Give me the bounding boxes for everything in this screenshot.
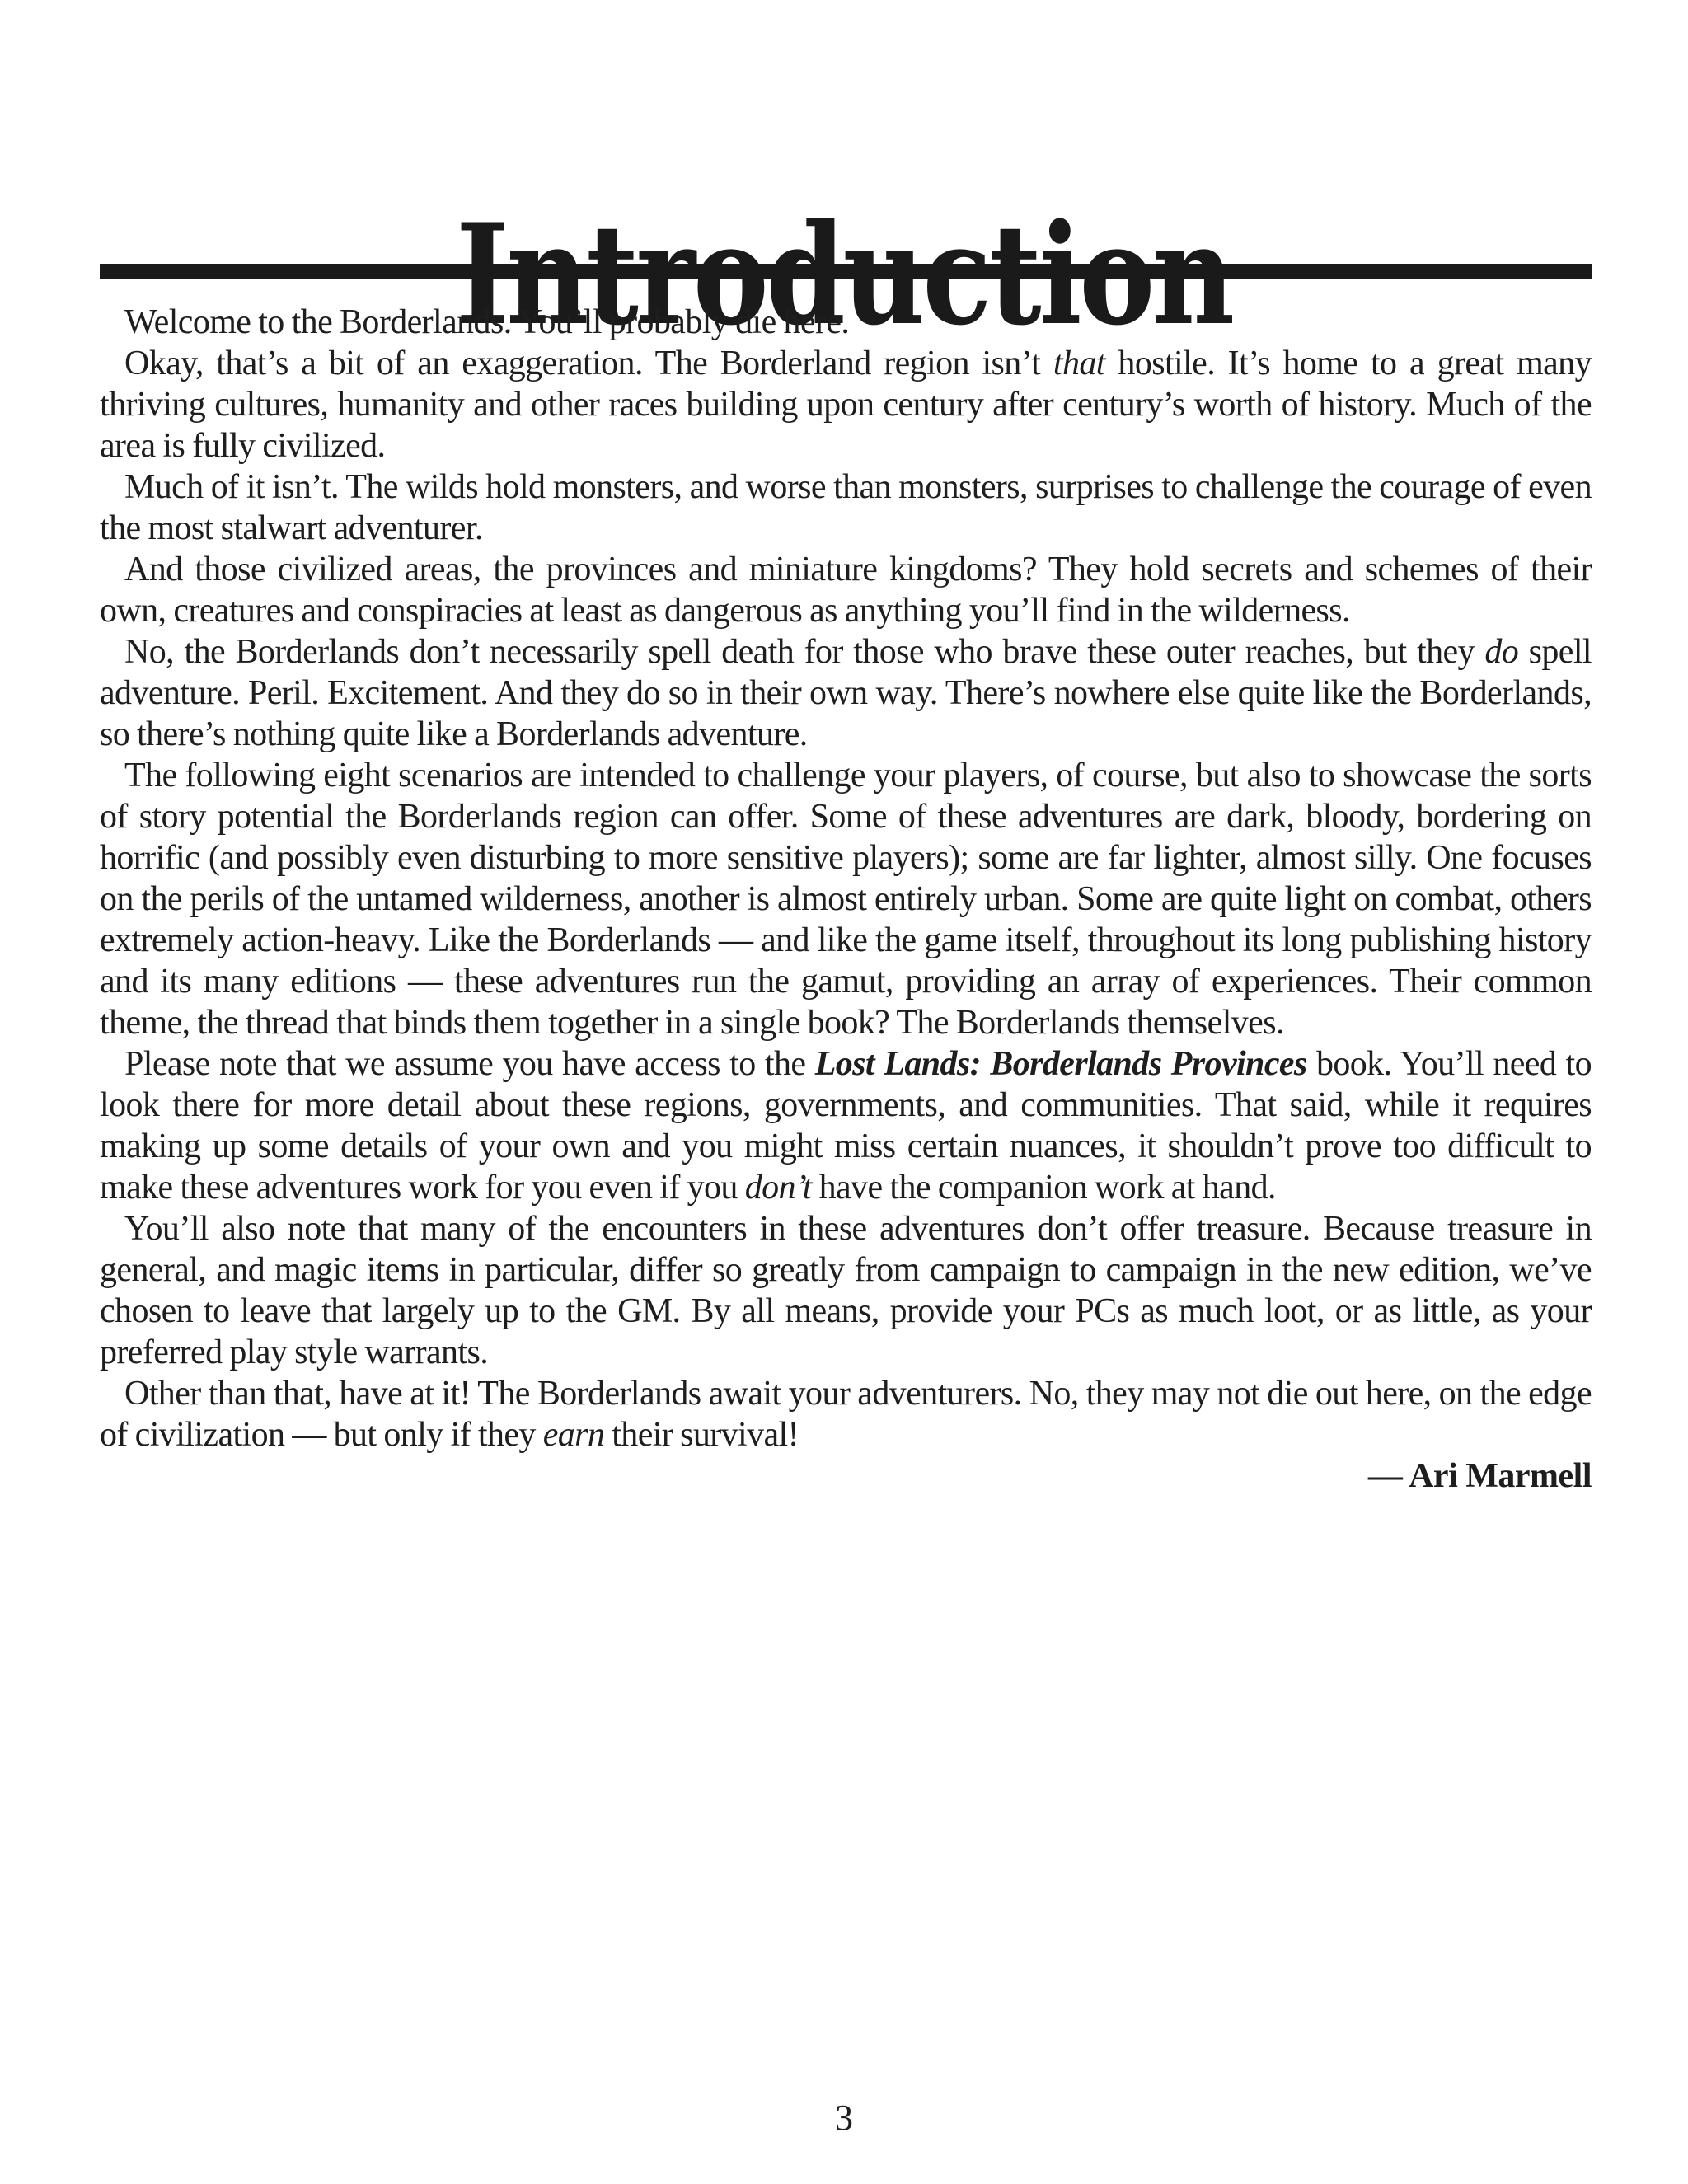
document-page: Introduction Welcome to the Borderlands.… <box>0 0 1688 2184</box>
paragraph-closing: Other than that, have at it! The Borderl… <box>100 1373 1592 1455</box>
book-title-reference: Lost Lands: Borderlands Provinces <box>815 1045 1307 1083</box>
paragraph-please-note: Please note that we assume you have acce… <box>100 1043 1592 1208</box>
paragraph-eight-scenarios: The following eight scenarios are intend… <box>100 755 1592 1043</box>
emphasis-text: earn <box>543 1416 605 1454</box>
title-divider-rule <box>100 264 1592 279</box>
paragraph-text: No, the Borderlands don’t necessarily sp… <box>124 633 1484 671</box>
paragraph-civilized-areas: And those civilized areas, the provinces… <box>100 549 1592 631</box>
emphasis-text: do <box>1484 633 1518 671</box>
paragraph-spell-adventure: No, the Borderlands don’t necessarily sp… <box>100 631 1592 755</box>
paragraph-text: Welcome to the Borderlands. You’ll proba… <box>124 303 849 341</box>
author-signature: — Ari Marmell <box>100 1455 1592 1497</box>
paragraph-text: have the companion work at hand. <box>812 1169 1276 1207</box>
paragraph-text: Much of it isn’t. The wilds hold monster… <box>100 468 1592 547</box>
emphasis-text: that <box>1053 344 1105 382</box>
page-number: 3 <box>0 2097 1688 2139</box>
paragraph-text: The following eight scenarios are intend… <box>100 757 1592 1042</box>
paragraph-treasure: You’ll also note that many of the encoun… <box>100 1208 1592 1373</box>
emphasis-text: don’t <box>745 1169 812 1207</box>
paragraph-text: Other than that, have at it! The Borderl… <box>100 1375 1592 1454</box>
paragraph-text: And those civilized areas, the provinces… <box>100 551 1592 630</box>
paragraph-text: You’ll also note that many of the encoun… <box>100 1210 1592 1371</box>
paragraph-text: Please note that we assume you have acce… <box>124 1045 815 1083</box>
paragraph-text: Okay, that’s a bit of an exaggeration. T… <box>124 344 1053 382</box>
paragraph-text: their survival! <box>604 1416 799 1454</box>
introduction-body: Welcome to the Borderlands. You’ll proba… <box>100 302 1592 1497</box>
paragraph-wilds: Much of it isn’t. The wilds hold monster… <box>100 466 1592 549</box>
paragraph-welcome: Welcome to the Borderlands. You’ll proba… <box>100 302 1592 343</box>
paragraph-exaggeration: Okay, that’s a bit of an exaggeration. T… <box>100 343 1592 466</box>
